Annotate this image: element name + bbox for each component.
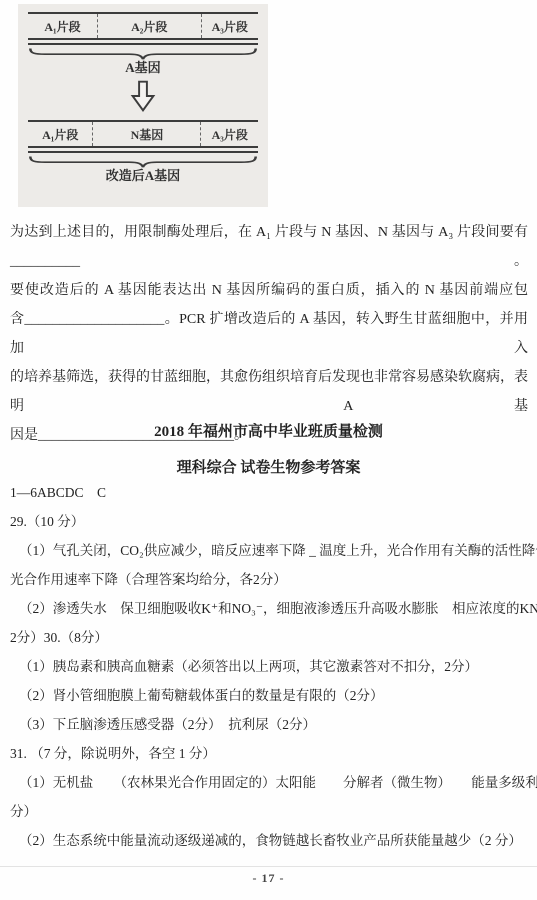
- gene-segment-a2: A₂片段: [97, 14, 201, 38]
- modified-segment-a1: A₁片段: [28, 122, 92, 146]
- question-line: 含____________________。PCR 扩增改造后的 A 基因，转入…: [10, 305, 528, 363]
- answer-line: 分）: [10, 797, 531, 826]
- bar-underline: [28, 151, 258, 153]
- question-line: 为达到上述目的，用限制酶处理后，在 A₁ 片段与 N 基因、N 基因与 A₃ 片…: [10, 218, 528, 276]
- question-line: 的培养基筛选，获得的甘蓝细胞，其愈伤组织培育后发现也非常容易感染软腐病，表明 A…: [10, 363, 528, 421]
- footer-divider: [0, 866, 537, 867]
- answer-line-choices: 1—6ABCDC C: [10, 478, 531, 507]
- hollow-down-arrow-icon: [130, 80, 156, 112]
- answer-key-subtitle: 理科综合 试卷生物参考答案: [0, 456, 537, 477]
- transform-arrow-row: [28, 80, 258, 117]
- gene-segment-a3: A₃片段: [201, 14, 259, 38]
- answer-line: （3）下丘脑渗透压感受器（2分） 抗利尿（2分）: [10, 710, 531, 739]
- gene-a-label: A基因: [28, 60, 258, 76]
- answer-line-q31-header: 31. （7 分，除说明外，各空 1 分）: [10, 739, 531, 768]
- answer-line: （1）气孔关闭，CO₂供应减少，暗反应速率下降 _ 温度上升，光合作用有关酶的活…: [10, 536, 531, 565]
- gene-bar-original: A₁片段 A₂片段 A₃片段: [28, 12, 258, 40]
- gene-diagram: A₁片段 A₂片段 A₃片段 A基因 A₁片段 N基因 A₃片段 改造后A基因: [18, 4, 268, 207]
- question-line: 要使改造后的 A 基因能表达出 N 基因所编码的蛋白质，插入的 N 基因前端应包: [10, 276, 528, 305]
- gene-segment-a1: A₁片段: [28, 14, 97, 38]
- exam-title: 2018 年福州市高中毕业班质量检测: [0, 420, 537, 441]
- bar-underline: [28, 43, 258, 45]
- brace-icon: [28, 47, 258, 60]
- exam-answer-page: A₁片段 A₂片段 A₃片段 A基因 A₁片段 N基因 A₃片段 改造后A基因 …: [0, 0, 537, 900]
- answer-line: （1）无机盐 （农林果光合作用固定的）太阳能 分解者（微生物） 能量多级利用（2: [10, 768, 531, 797]
- answer-line-q29-header: 29.（10 分）: [10, 507, 531, 536]
- gene-bar-modified: A₁片段 N基因 A₃片段: [28, 120, 258, 148]
- answer-line: （2）生态系统中能量流动逐级递减的，食物链越长畜牧业产品所获能量越少（2 分）: [10, 826, 531, 855]
- answer-line: 光合作用速率下降（合理答案均给分，各2分）: [10, 565, 531, 594]
- answer-key: 1—6ABCDC C 29.（10 分） （1）气孔关闭，CO₂供应减少，暗反应…: [10, 478, 531, 855]
- title-block: 2018 年福州市高中毕业班质量检测 理科综合 试卷生物参考答案: [0, 420, 537, 477]
- brace-icon: [28, 155, 258, 168]
- answer-line: （2）肾小管细胞膜上葡萄糖载体蛋白的数量是有限的（2分）: [10, 681, 531, 710]
- question-paragraph: 为达到上述目的，用限制酶处理后，在 A₁ 片段与 N 基因、N 基因与 A₃ 片…: [10, 218, 528, 450]
- modified-gene-label: 改造后A基因: [28, 168, 258, 184]
- answer-line: （1）胰岛素和胰高血糖素（必须答出以上两项，其它激素答对不扣分，2分）: [10, 652, 531, 681]
- answer-line: （2）渗透失水 保卫细胞吸收K⁺和NO₃⁻，细胞液渗透压升高吸水膨胀 相应浓度的…: [10, 594, 531, 623]
- modified-segment-n: N基因: [92, 122, 200, 146]
- modified-segment-a3: A₃片段: [200, 122, 258, 146]
- answer-line-q30-header: 2分）30.（8分）: [10, 623, 531, 652]
- page-number: - 17 -: [0, 871, 537, 886]
